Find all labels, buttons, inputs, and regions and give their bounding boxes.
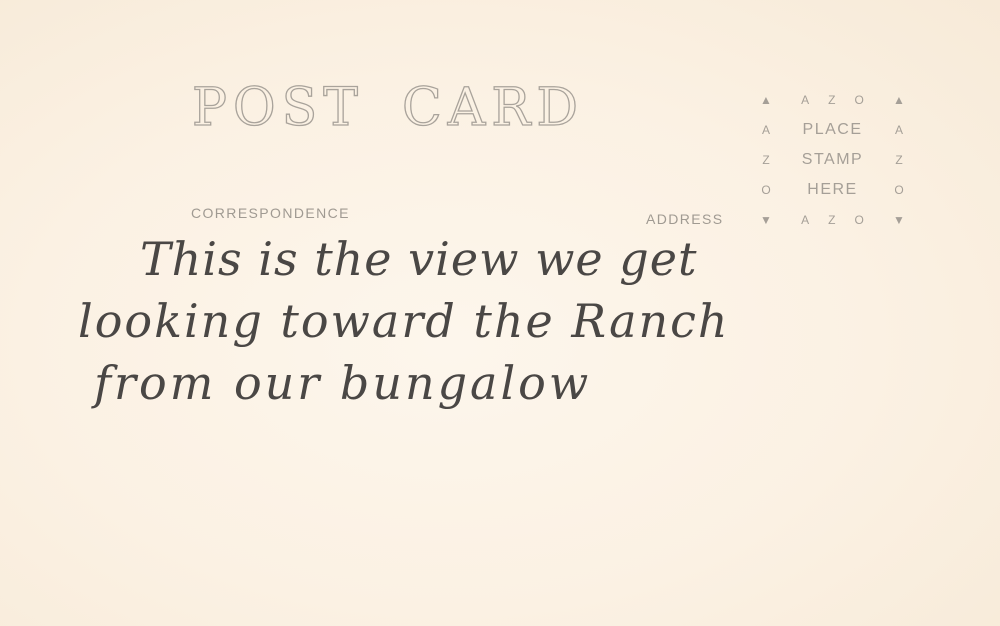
- stamp-row-bottom: ▼ A Z O ▼: [760, 208, 905, 232]
- azo-side-letter: Z: [760, 153, 772, 167]
- correspondence-label: CORRESPONDENCE: [191, 205, 350, 221]
- stamp-text-here: HERE: [772, 181, 893, 199]
- azo-letter: O: [855, 93, 864, 107]
- stamp-row-stamp: Z STAMP Z: [760, 148, 905, 172]
- azo-mark: A Z O: [772, 213, 893, 227]
- handwritten-line-1: This is the view we get: [140, 236, 697, 282]
- azo-side-letter: A: [760, 123, 772, 137]
- stamp-text-place: PLACE: [772, 121, 893, 139]
- stamp-row-place: A PLACE A: [760, 118, 905, 142]
- address-label: ADDRESS: [646, 211, 723, 227]
- azo-side-letter: O: [760, 183, 772, 197]
- triangle-up-icon: ▲: [893, 93, 905, 107]
- triangle-down-icon: ▼: [893, 213, 905, 227]
- stamp-row-here: O HERE O: [760, 178, 905, 202]
- azo-letter: A: [801, 93, 809, 107]
- azo-side-letter: O: [893, 183, 905, 197]
- postcard-back: POSTCARD CORRESPONDENCE ADDRESS ▲ A Z O …: [0, 0, 1000, 626]
- postcard-title: POSTCARD: [192, 82, 584, 134]
- title-word-card: CARD: [402, 78, 584, 138]
- stamp-box: ▲ A Z O ▲ A PLACE A Z STAMP Z O HERE O ▼: [760, 88, 905, 232]
- handwritten-line-2: looking toward the Ranch: [78, 298, 730, 344]
- azo-side-letter: Z: [893, 153, 905, 167]
- stamp-text-stamp: STAMP: [772, 151, 893, 169]
- title-word-post: POST: [192, 78, 364, 138]
- stamp-row-top: ▲ A Z O ▲: [760, 88, 905, 112]
- triangle-up-icon: ▲: [760, 93, 772, 107]
- azo-letter: A: [801, 213, 809, 227]
- azo-letter: O: [855, 213, 864, 227]
- handwritten-line-3: from our bungalow: [94, 360, 591, 406]
- triangle-down-icon: ▼: [760, 213, 772, 227]
- azo-letter: Z: [828, 213, 835, 227]
- azo-side-letter: A: [893, 123, 905, 137]
- azo-mark: A Z O: [772, 93, 893, 107]
- azo-letter: Z: [828, 93, 835, 107]
